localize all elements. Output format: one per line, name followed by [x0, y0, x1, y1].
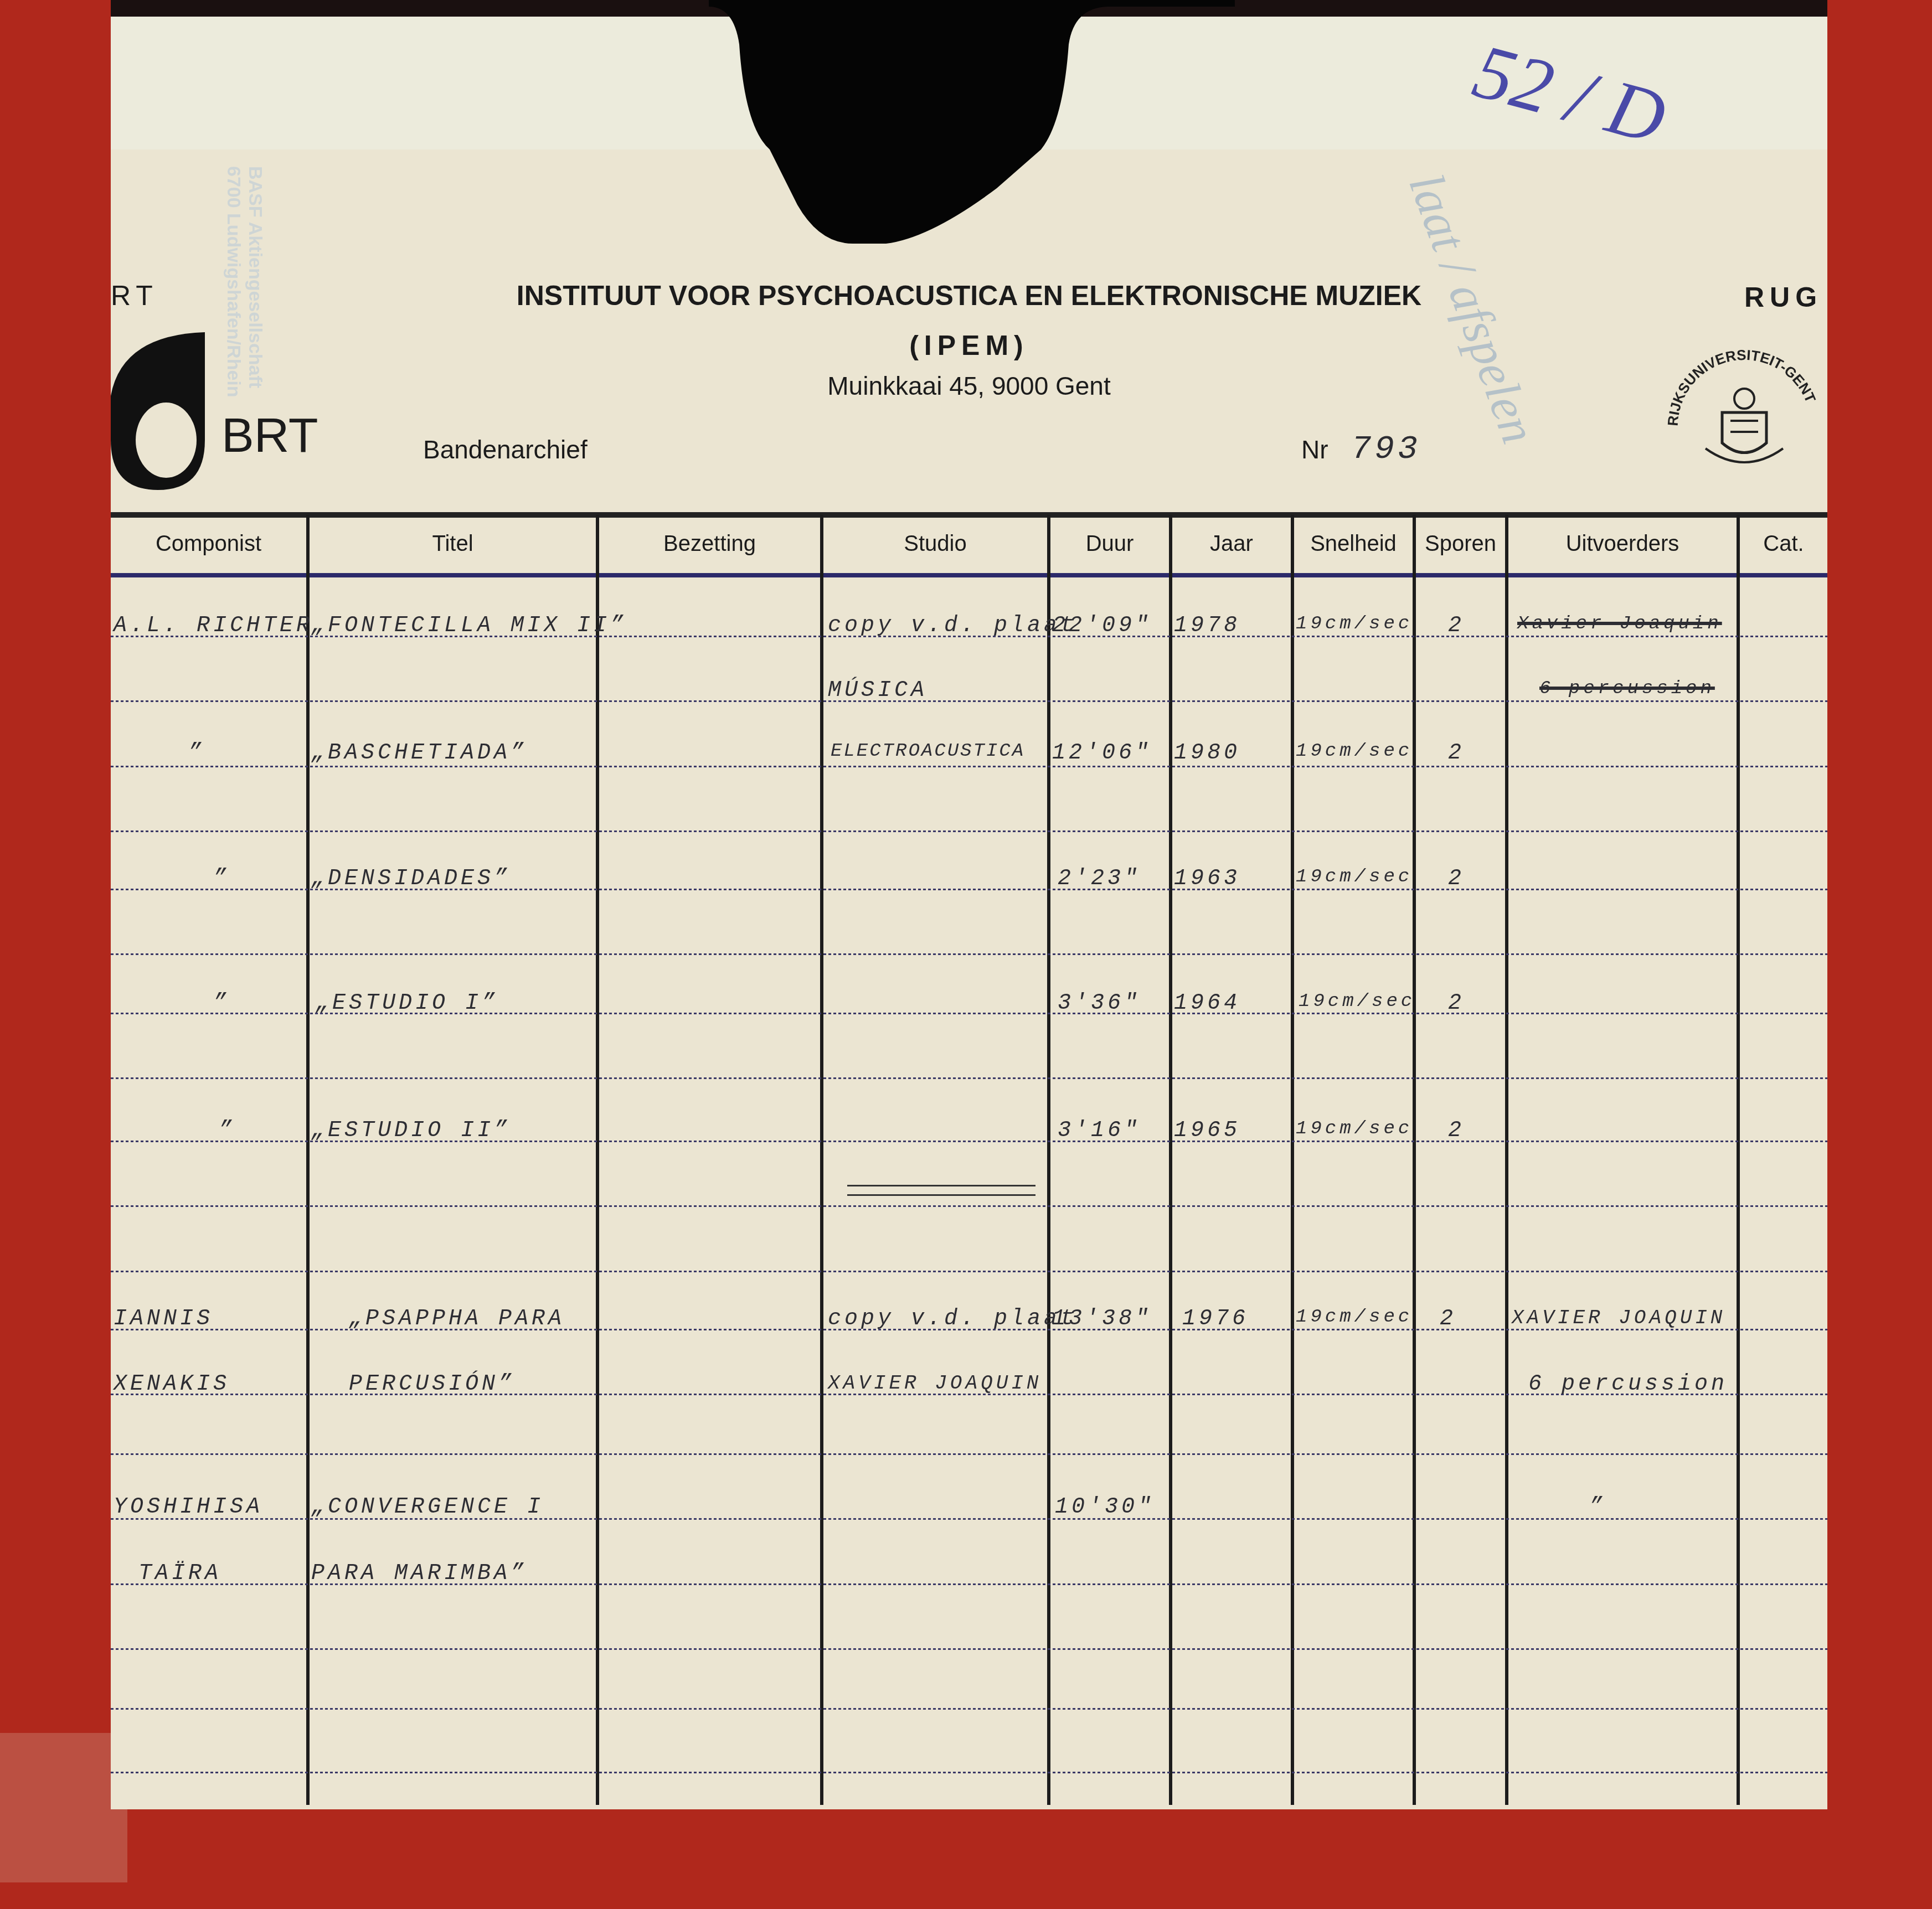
- cell-jaar: 1980: [1174, 741, 1240, 766]
- table-top-rule: [111, 512, 1827, 518]
- cell-jaar: 1964: [1174, 991, 1240, 1016]
- brt-logo-icon: [111, 329, 208, 490]
- cell-duur: 10'30": [1055, 1495, 1155, 1520]
- cell-sporen: 2: [1448, 613, 1465, 638]
- col-divider: [1047, 515, 1050, 1805]
- cell-componist: ”: [213, 866, 230, 891]
- cell-duur: 12'06": [1052, 741, 1152, 766]
- nr-label: Nr: [1301, 435, 1328, 465]
- cell-titel: „PSAPPHA PARA: [349, 1307, 565, 1332]
- col-header-titel: Titel: [310, 532, 596, 565]
- row-rule: [111, 700, 1827, 702]
- cell-snelheid: 19cm/sec: [1296, 741, 1413, 762]
- cell-snelheid: 19cm/sec: [1296, 1118, 1413, 1139]
- binding-bottom: [0, 1808, 1932, 1909]
- svg-text:RIJKSUNIVERSITEIT-GENT: RIJKSUNIVERSITEIT-GENT: [1665, 347, 1819, 427]
- col-divider: [1737, 515, 1740, 1805]
- cell-sporen: 2: [1448, 741, 1465, 766]
- col-divider: [596, 515, 599, 1805]
- cell-snelheid: 19cm/sec: [1296, 866, 1413, 888]
- cell-snelheid: 19cm/sec: [1296, 1307, 1413, 1328]
- cell-uitvoerders: XAVIER JOAQUIN: [1512, 1307, 1725, 1329]
- institute-title: INSTITUUT VOOR PSYCHOACUSTICA EN ELEKTRO…: [111, 280, 1827, 312]
- cell-componist: ”: [188, 741, 205, 766]
- cell-titel: „ESTUDIO I”: [316, 991, 498, 1016]
- cell-titel: PERCUSIÓN”: [349, 1372, 515, 1397]
- col-header-sporen: Sporen: [1416, 532, 1505, 565]
- brt-logo-text: BRT: [221, 407, 318, 463]
- cell-studio: copy v.d. plaat: [828, 613, 1077, 638]
- col-header-studio: Studio: [823, 532, 1047, 565]
- tape-corner: [0, 1733, 127, 1882]
- col-divider: [820, 515, 823, 1805]
- binding-left: [0, 0, 111, 1909]
- cell-jaar: 1965: [1174, 1118, 1240, 1143]
- cell-uitvoerders-struck: 6 percussion: [1539, 678, 1715, 699]
- cell-studio: MÚSICA: [828, 678, 928, 703]
- cell-snelheid: 19cm/sec: [1299, 991, 1415, 1012]
- finger-notch: [709, 0, 1235, 244]
- row-rule: [111, 1205, 1827, 1207]
- cell-componist: IANNIS: [114, 1307, 213, 1332]
- institute-acronym: (IPEM): [111, 329, 1827, 362]
- cell-duur: 3'16": [1058, 1118, 1141, 1143]
- cell-duur: 2'23": [1058, 866, 1141, 891]
- col-divider: [1505, 515, 1508, 1805]
- cell-uitvoerders: 6 percussion: [1528, 1372, 1728, 1397]
- cell-jaar: 1963: [1174, 866, 1240, 891]
- cell-sporen: 2: [1448, 1118, 1465, 1143]
- cell-snelheid: 19cm/sec: [1296, 613, 1413, 634]
- cell-sporen: 2: [1448, 991, 1465, 1016]
- row-rule: [111, 1077, 1827, 1079]
- col-header-jaar: Jaar: [1172, 532, 1291, 565]
- cell-titel: „CONVERGENCE I: [311, 1495, 544, 1520]
- cell-titel: „DENSIDADES”: [311, 866, 511, 891]
- cell-duur: 22'09": [1052, 613, 1152, 638]
- col-header-snelheid: Snelheid: [1294, 532, 1413, 565]
- col-divider: [306, 515, 310, 1805]
- row-rule: [111, 953, 1827, 955]
- cell-studio: copy v.d. plaat: [828, 1307, 1077, 1332]
- cell-studio: ELECTROACUSTICA: [831, 741, 1025, 762]
- col-header-bezetting: Bezetting: [599, 532, 820, 565]
- row-rule: [111, 1648, 1827, 1650]
- archive-label: Bandenarchief: [423, 435, 588, 465]
- cell-jaar: 1978: [1174, 613, 1240, 638]
- row-rule: [111, 1271, 1827, 1272]
- col-divider: [1169, 515, 1172, 1805]
- university-seal-icon: RIJKSUNIVERSITEIT-GENT: [1656, 338, 1833, 476]
- col-divider: [1413, 515, 1416, 1805]
- row-rule: [111, 1772, 1827, 1773]
- rug-label: RUG: [1744, 281, 1822, 313]
- institute-address: Muinkkaai 45, 9000 Gent: [111, 371, 1827, 401]
- cell-uitvoerders-struck: Xavier Joaquin: [1517, 613, 1722, 634]
- cell-componist: YOSHIHISA: [114, 1495, 263, 1520]
- col-divider: [1291, 515, 1294, 1805]
- row-rule: [111, 1453, 1827, 1455]
- cell-jaar: 1976: [1182, 1307, 1249, 1332]
- cell-studio: XAVIER JOAQUIN: [828, 1372, 1042, 1395]
- studio-end-mark: [847, 1185, 1035, 1196]
- row-rule: [111, 1708, 1827, 1710]
- cell-titel: PARA MARIMBA”: [311, 1561, 527, 1586]
- col-header-duur: Duur: [1050, 532, 1169, 565]
- cell-componist: TAÏRA: [138, 1561, 221, 1586]
- cell-titel: „FONTECILLA MIX II”: [311, 613, 627, 638]
- cell-componist: ”: [219, 1118, 235, 1143]
- cell-duur: 13'38": [1052, 1307, 1152, 1332]
- cell-uitvoerders: ”: [1589, 1495, 1606, 1520]
- col-header-componist: Componist: [111, 532, 306, 565]
- header-bottom-rule: [111, 573, 1827, 577]
- nr-value: 793: [1351, 431, 1421, 468]
- binding-right: [1827, 0, 1932, 1909]
- cell-componist: ”: [213, 991, 230, 1016]
- cell-sporen: 2: [1440, 1307, 1456, 1332]
- col-header-cat: Cat.: [1740, 532, 1827, 565]
- cell-duur: 3'36": [1058, 991, 1141, 1016]
- cell-componist: XENAKIS: [114, 1372, 230, 1397]
- row-rule: [111, 830, 1827, 832]
- cell-titel: „ESTUDIO II”: [311, 1118, 511, 1143]
- col-header-uitvoerders: Uitvoerders: [1508, 532, 1737, 565]
- cell-titel: „BASCHETIADA”: [311, 741, 527, 766]
- row-rule: [111, 766, 1827, 767]
- cell-componist: A.L. RICHTER: [114, 613, 313, 638]
- cell-sporen: 2: [1448, 866, 1465, 891]
